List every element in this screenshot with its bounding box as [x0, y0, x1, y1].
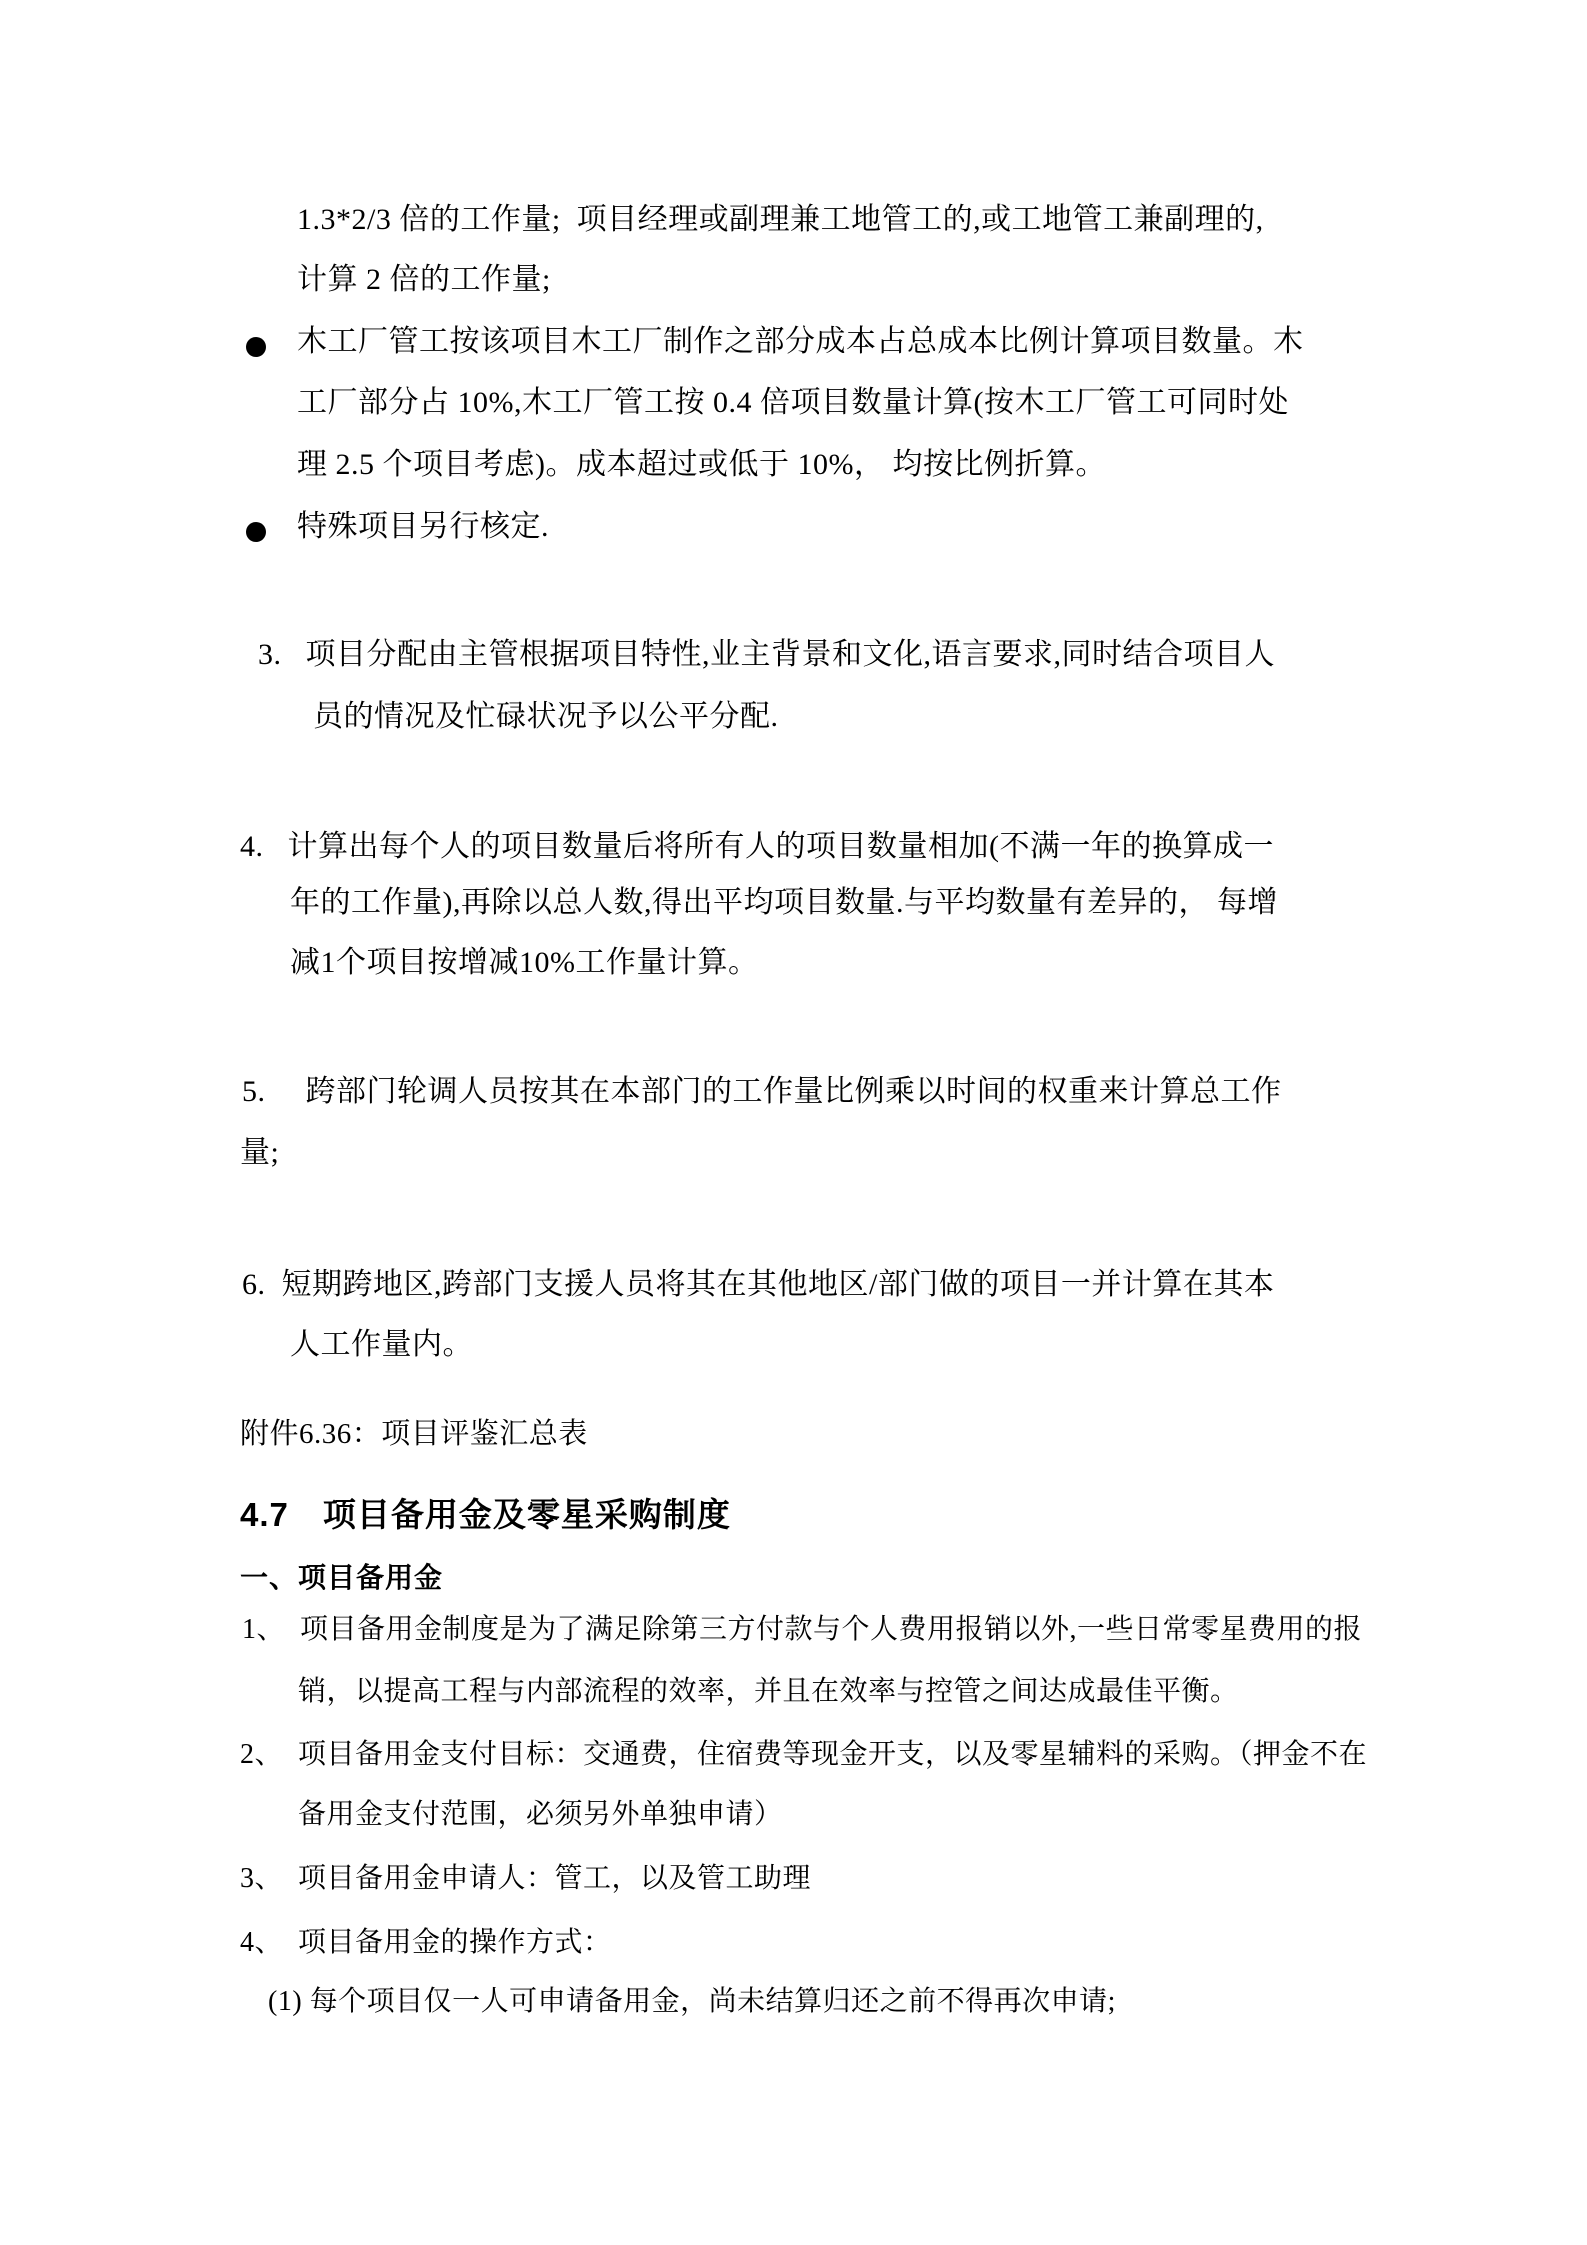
reserve-item-1-line-2: 销，以提高工程与内部流程的效率，并且在效率与控管之间达成最佳平衡。: [298, 1676, 1239, 1708]
hanging-line-1: 1.3*2/3 倍的工作量; 项目经理或副理兼工地管工的,或工地管工兼副理的,: [297, 203, 1264, 238]
reserve-item-3: 3、 项目备用金申请人：管工，以及管工助理: [240, 1863, 811, 1895]
reserve-item-2-line-1: 2、 项目备用金支付目标：交通费，住宿费等现金开支，以及零星辅料的采购。（押金不…: [240, 1739, 1367, 1771]
numbered-item-3-line-2: 员的情况及忙碌状况予以公平分配.: [313, 700, 779, 735]
numbered-item-6-line-1: 6. 短期跨地区,跨部门支援人员将其在其他地区/部门做的项目一并计算在其本: [242, 1268, 1274, 1303]
reserve-item-4: 4、 项目备用金的操作方式：: [240, 1927, 612, 1959]
bullet-item-wood-factory-line-1: 木工厂管工按该项目木工厂制作之部分成本占总成本比例计算项目数量。木: [297, 325, 1304, 360]
numbered-item-5-line-2: 量;: [240, 1136, 279, 1171]
numbered-item-5-line-1: 5. 跨部门轮调人员按其在本部门的工作量比例乘以时间的权重来计算总工作: [242, 1075, 1282, 1110]
subsection-heading-reserve-fund: 一、项目备用金: [240, 1562, 443, 1594]
numbered-item-3-line-1: 3. 项目分配由主管根据项目特性,业主背景和文化,语言要求,同时结合项目人: [258, 638, 1275, 673]
bullet-dot-icon: [246, 337, 266, 357]
reserve-item-1-line-1: 1、 项目备用金制度是为了满足除第三方付款与个人费用报销以外,一些日常零星费用的…: [242, 1614, 1362, 1646]
document-page: 1.3*2/3 倍的工作量; 项目经理或副理兼工地管工的,或工地管工兼副理的,计…: [0, 0, 1587, 2245]
bullet-dot-icon: [246, 522, 266, 542]
numbered-item-4-line-1: 4. 计算出每个人的项目数量后将所有人的项目数量相加(不满一年的换算成一: [240, 830, 1274, 865]
bullet-item-wood-factory-line-3: 理 2.5 个项目考虑)。成本超过或低于 10%， 均按比例折算。: [297, 448, 1106, 483]
numbered-item-6-line-2: 人工作量内。: [290, 1328, 473, 1363]
bullet-item-wood-factory-line-2: 工厂部分占 10%,木工厂管工按 0.4 倍项目数量计算(按木工厂管工可同时处: [297, 386, 1289, 421]
numbered-item-4-line-2: 年的工作量),再除以总人数,得出平均项目数量.与平均数量有差异的， 每增: [290, 886, 1278, 921]
section-heading-4-7: 4.7 项目备用金及零星采购制度: [240, 1496, 731, 1534]
reserve-item-4-sub-1: (1) 每个项目仅一人可申请备用金，尚未结算归还之前不得再次申请;: [268, 1986, 1116, 2018]
attachment-note: 附件6.36：项目评鉴汇总表: [240, 1418, 588, 1451]
reserve-item-2-line-2: 备用金支付范围，必须另外单独申请）: [298, 1799, 783, 1831]
bullet-item-special-project: 特殊项目另行核定.: [297, 510, 549, 545]
hanging-line-2: 计算 2 倍的工作量;: [297, 263, 551, 298]
numbered-item-4-line-3: 减1个项目按增减10%工作量计算。: [290, 946, 759, 981]
